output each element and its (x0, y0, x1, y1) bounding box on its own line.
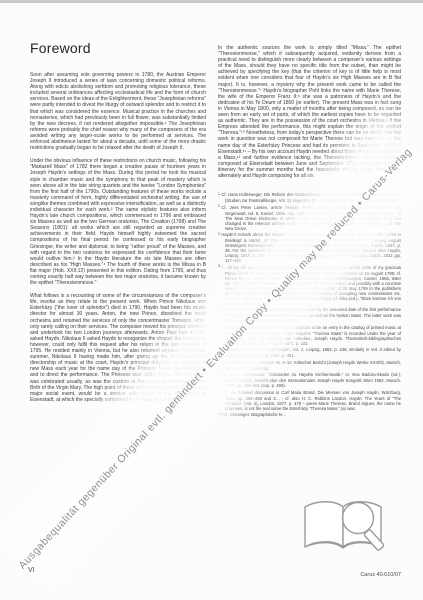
page-number: VI (28, 567, 35, 574)
book-magnifier-icon (297, 497, 395, 561)
footnote-number: 5 (218, 264, 220, 268)
footnote: 12Cf. Griesinger, Biographische N… (218, 412, 401, 418)
footnote-number: 12 (218, 412, 222, 416)
scan-edge-strip (0, 0, 423, 3)
foreword-paragraph: Soon after assuming sole governing power… (30, 72, 206, 151)
page-title: Foreword (30, 40, 91, 56)
footnote-text: Cf. Griesinger, Biographische N… (223, 412, 286, 417)
footnote-number: 2 (218, 204, 220, 208)
foreword-paragraph: Under the obvious influence of these res… (30, 158, 206, 286)
footnote-number: 1 (218, 192, 220, 196)
footnote: 11Cf. the detailed discussion in Carl Ma… (218, 390, 401, 411)
footnote-text: Cf. the detailed discussion in Carl Mari… (223, 390, 401, 411)
catalog-number: Carus 40.610/07 (360, 572, 401, 578)
foreword-page: Foreword Soon after assuming sole govern… (0, 0, 423, 600)
footnote-number: 3 (218, 232, 220, 236)
footnote-text: Cf. Karl Pfannhauser, “Glossarien zu Hay… (223, 372, 401, 388)
